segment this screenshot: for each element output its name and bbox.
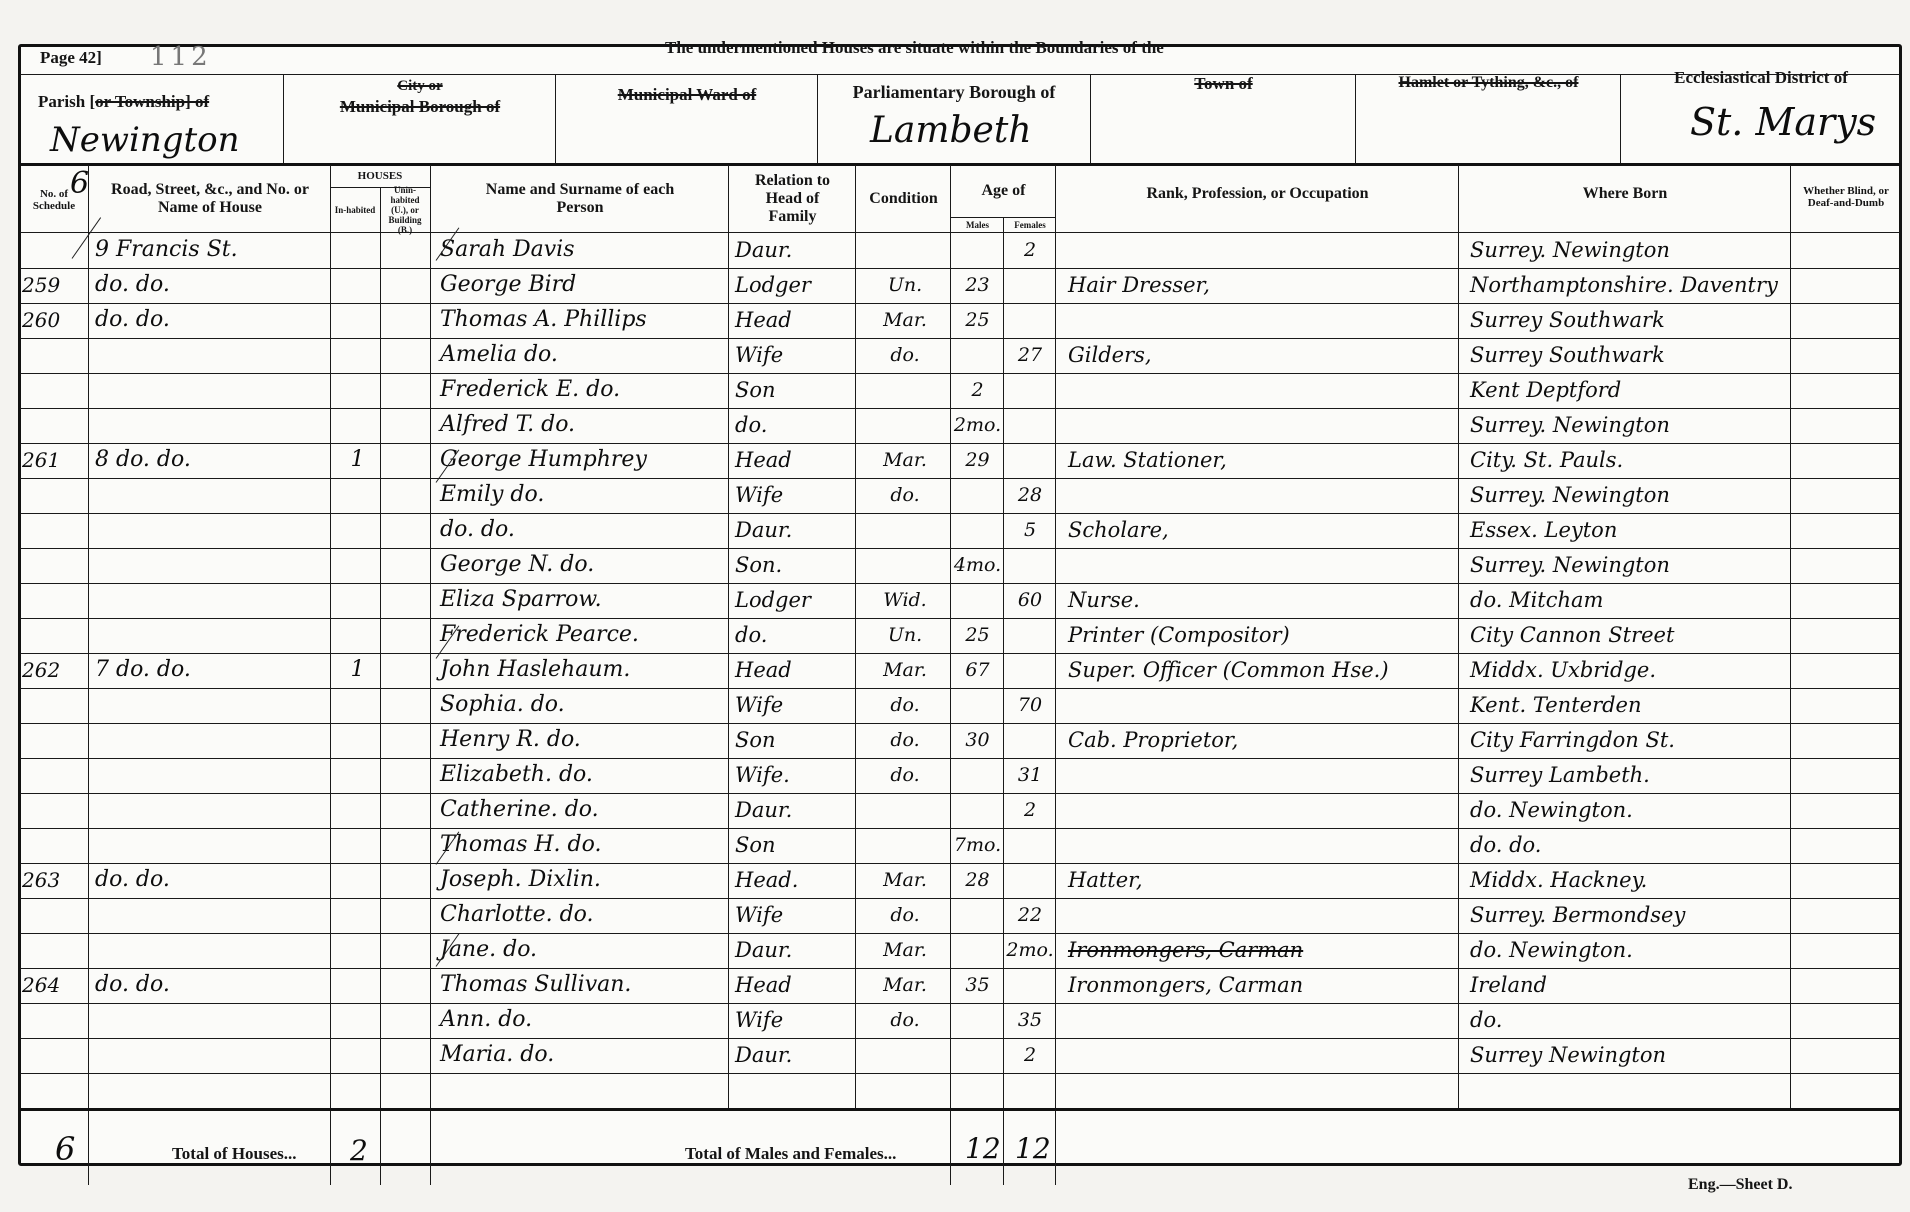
cell-name: Amelia do. [440, 342, 728, 368]
cell-name: Frederick E. do. [440, 377, 728, 403]
cell-occupation: Cab. Proprietor, [1068, 727, 1458, 753]
district-parliamentary-value: Lambeth [870, 110, 1032, 151]
cell-relation: Wife [735, 692, 855, 718]
cell-born: Surrey. Newington [1470, 482, 1790, 508]
district-town-label: Town of [1092, 74, 1355, 94]
cell-female-age: 5 [1005, 517, 1055, 543]
cell-male-age: 23 [952, 272, 1003, 298]
cell-occupation: Hair Dresser, [1068, 272, 1458, 298]
cell-relation: Son. [735, 552, 855, 578]
col-females: Females [1005, 219, 1055, 231]
totals-houses-value: 2 [350, 1134, 368, 1167]
cell-condition: Mar. [860, 972, 950, 998]
cell-female-age: 27 [1005, 342, 1055, 368]
folio-stamp: 112 [150, 42, 212, 72]
cell-born: Surrey. Newington [1470, 237, 1790, 263]
cell-born: Surrey Southwark [1470, 307, 1790, 333]
cell-schedule: 262 [22, 657, 88, 683]
cell-schedule: 261 [22, 447, 88, 473]
col-road: Road, Street, &c., and No. or Name of Ho… [90, 166, 330, 232]
cell-relation: Wife [735, 1007, 855, 1033]
cell-relation: Wife [735, 482, 855, 508]
cell-male-age: 25 [952, 622, 1003, 648]
page-heading: The undermentioned Houses are situate wi… [665, 38, 1164, 58]
cell-female-age: 35 [1005, 1007, 1055, 1033]
cell-condition: do. [860, 482, 950, 508]
cell-name: Frederick Pearce. [440, 622, 728, 648]
cell-born: do. Mitcham [1470, 587, 1790, 613]
cell-name: Jane. do. [440, 937, 728, 963]
cell-born: Surrey. Newington [1470, 552, 1790, 578]
cell-born: do. Newington. [1470, 937, 1790, 963]
cell-name: John Haslehaum. [440, 657, 728, 683]
cell-born: City Farringdon St. [1470, 727, 1790, 753]
cell-road: do. do. [95, 307, 330, 333]
cell-road: do. do. [95, 867, 330, 893]
cell-condition: do. [860, 692, 950, 718]
cell-male-age: 2mo. [952, 412, 1003, 438]
cell-female-age: 60 [1005, 587, 1055, 613]
district-ecclesiastical-label: Ecclesiastical District of [1622, 68, 1900, 88]
cell-occupation: Super. Officer (Common Hse.) [1068, 657, 1458, 683]
cell-male-age: 30 [952, 727, 1003, 753]
cell-born: Kent Deptford [1470, 377, 1790, 403]
table-row [20, 1073, 1900, 1108]
cell-name: Thomas H. do. [440, 832, 728, 858]
cell-born: Northamptonshire. Daventry [1470, 272, 1790, 298]
cell-name: Henry R. do. [440, 727, 728, 753]
cell-relation: Daur. [735, 1042, 855, 1068]
cell-male-age: 28 [952, 867, 1003, 893]
cell-female-age: 28 [1005, 482, 1055, 508]
district-ecclesiastical-value: St. Marys [1690, 100, 1876, 144]
cell-road: 8 do. do. [95, 447, 330, 473]
district-municipal-borough-label: Municipal Borough of [285, 97, 555, 117]
cell-occupation: Ironmongers, Carman [1068, 972, 1458, 998]
cell-name: Elizabeth. do. [440, 762, 728, 788]
cell-born: City. St. Pauls. [1470, 447, 1790, 473]
totals-persons-label: Total of Males and Females... [685, 1144, 896, 1164]
cell-condition: Mar. [860, 447, 950, 473]
cell-name: Thomas Sullivan. [440, 972, 728, 998]
cell-male-age: 7mo. [952, 832, 1003, 858]
cell-relation: Wife. [735, 762, 855, 788]
cell-condition: do. [860, 1007, 950, 1033]
cell-relation: Wife [735, 342, 855, 368]
cell-schedule: 263 [22, 867, 88, 893]
cell-born: do. do. [1470, 832, 1790, 858]
cell-condition: do. [860, 342, 950, 368]
cell-female-age: 22 [1005, 902, 1055, 928]
cell-schedule: 264 [22, 972, 88, 998]
cell-name: George N. do. [440, 552, 728, 578]
cell-name: George Humphrey [440, 447, 728, 473]
page-number: Page 42] [40, 48, 102, 68]
cell-name: Emily do. [440, 482, 728, 508]
cell-condition: Mar. [860, 937, 950, 963]
col-relation: Relation to Head of Family [730, 166, 855, 232]
cell-name: Sophia. do. [440, 692, 728, 718]
cell-born: Surrey Lambeth. [1470, 762, 1790, 788]
cell-relation: Daur. [735, 937, 855, 963]
cell-road: do. do. [95, 272, 330, 298]
cell-born: Surrey. Newington [1470, 412, 1790, 438]
cell-born: do. [1470, 1007, 1790, 1033]
cell-female-age: 2 [1005, 237, 1055, 263]
district-hamlet-label: Hamlet or Tything, &c., of [1357, 74, 1620, 92]
cell-name: Maria. do. [440, 1042, 728, 1068]
col-inhabited: In-habited [332, 190, 378, 230]
cell-condition: do. [860, 727, 950, 753]
cell-condition: Mar. [860, 867, 950, 893]
cell-relation: do. [735, 412, 855, 438]
cell-male-age: 4mo. [952, 552, 1003, 578]
cell-relation: Head [735, 307, 855, 333]
totals-females: 12 [1015, 1132, 1051, 1165]
cell-name: Charlotte. do. [440, 902, 728, 928]
cell-female-age: 2 [1005, 1042, 1055, 1068]
cell-occupation: Scholare, [1068, 517, 1458, 543]
cell-female-age: 2mo. [1005, 937, 1055, 963]
cell-relation: Daur. [735, 517, 855, 543]
cell-occupation: Law. Stationer, [1068, 447, 1458, 473]
cell-born: City Cannon Street [1470, 622, 1790, 648]
col-uninhabited: Unin-habited (U.), or Building (B.) [382, 188, 428, 232]
cell-condition: Mar. [860, 307, 950, 333]
cell-relation: Wife [735, 902, 855, 928]
district-parliamentary-label: Parliamentary Borough of [819, 82, 1089, 103]
cell-occupation: Printer (Compositor) [1068, 622, 1458, 648]
cell-name: Ann. do. [440, 1007, 728, 1033]
cell-name: George Bird [440, 272, 728, 298]
cell-born: Surrey Southwark [1470, 342, 1790, 368]
cell-occupation: Ironmongers, Carman [1068, 937, 1458, 963]
cell-schedule: 259 [22, 272, 88, 298]
cell-condition: Un. [860, 622, 950, 648]
col-condition: Condition [857, 166, 950, 232]
cell-relation: Head [735, 972, 855, 998]
cell-name: do. do. [440, 517, 728, 543]
cell-born: Middx. Hackney. [1470, 867, 1790, 893]
totals-males: 12 [965, 1132, 1001, 1165]
cell-name: Alfred T. do. [440, 412, 728, 438]
cell-relation: Son [735, 727, 855, 753]
cell-born: Essex. Leyton [1470, 517, 1790, 543]
cell-male-age: 2 [952, 377, 1003, 403]
cell-relation: Head [735, 447, 855, 473]
cell-relation: Son [735, 832, 855, 858]
cell-condition: Un. [860, 272, 950, 298]
cell-occupation: Hatter, [1068, 867, 1458, 893]
col-name: Name and Surname of each Person [432, 166, 728, 232]
cell-female-age: 31 [1005, 762, 1055, 788]
col-occupation: Rank, Profession, or Occupation [1057, 166, 1458, 222]
schedule-count-mark: 6 [70, 166, 89, 201]
cell-male-age: 35 [952, 972, 1003, 998]
col-age: Age of [952, 166, 1055, 216]
cell-condition: Mar. [860, 657, 950, 683]
cell-road: 7 do. do. [95, 657, 330, 683]
cell-relation: Daur. [735, 237, 855, 263]
cell-born: Surrey. Bermondsey [1470, 902, 1790, 928]
cell-relation: Son [735, 377, 855, 403]
cell-name: Eliza Sparrow. [440, 587, 728, 613]
totals-schedules: 6 [55, 1130, 75, 1168]
sheet-footer: Eng.—Sheet D. [1688, 1176, 1792, 1194]
cell-name: Thomas A. Phillips [440, 307, 728, 333]
district-city-label-top: City or [285, 78, 555, 95]
cell-relation: Lodger [735, 272, 855, 298]
cell-relation: Head. [735, 867, 855, 893]
cell-road: 9 Francis St. [95, 237, 330, 263]
col-where-born: Where Born [1460, 166, 1790, 222]
cell-born: Ireland [1470, 972, 1790, 998]
cell-male-age: 67 [952, 657, 1003, 683]
district-ward-label: Municipal Ward of [557, 85, 817, 105]
cell-schedule: 260 [22, 307, 88, 333]
cell-born: Middx. Uxbridge. [1470, 657, 1790, 683]
col-males: Males [952, 219, 1003, 231]
cell-road: do. do. [95, 972, 330, 998]
cell-relation: do. [735, 622, 855, 648]
cell-born: Kent. Tenterden [1470, 692, 1790, 718]
cell-female-age: 70 [1005, 692, 1055, 718]
district-parish-label: Parish [or Township] of [38, 92, 209, 112]
cell-name: Joseph. Dixlin. [440, 867, 728, 893]
cell-inhabited: 1 [335, 447, 380, 473]
col-houses: HOUSES [330, 166, 430, 186]
cell-occupation: Gilders, [1068, 342, 1458, 368]
cell-relation: Head [735, 657, 855, 683]
cell-female-age: 2 [1005, 797, 1055, 823]
cell-name: Catherine. do. [440, 797, 728, 823]
cell-condition: do. [860, 762, 950, 788]
col-blind-deaf: Whether Blind, or Deaf-and-Dumb [1792, 166, 1900, 228]
cell-occupation: Nurse. [1068, 587, 1458, 613]
cell-inhabited: 1 [335, 657, 380, 683]
cell-born: do. Newington. [1470, 797, 1790, 823]
totals-houses-label: Total of Houses... [172, 1144, 297, 1164]
cell-born: Surrey Newington [1470, 1042, 1790, 1068]
cell-name: Sarah Davis [440, 237, 728, 263]
cell-relation: Daur. [735, 797, 855, 823]
cell-male-age: 29 [952, 447, 1003, 473]
cell-male-age: 25 [952, 307, 1003, 333]
district-parish-value: Newington [50, 120, 240, 160]
cell-condition: Wid. [860, 587, 950, 613]
cell-relation: Lodger [735, 587, 855, 613]
cell-condition: do. [860, 902, 950, 928]
